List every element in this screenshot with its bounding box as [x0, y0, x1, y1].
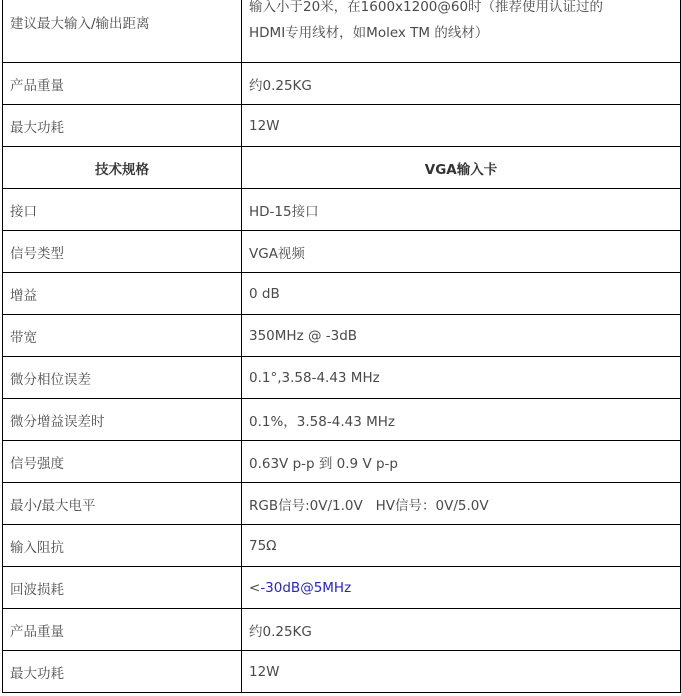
row-label: 最大功耗	[3, 105, 242, 147]
row-value: VGA视频	[242, 231, 681, 273]
row-value: <-30dB@5MHz	[242, 567, 681, 609]
row-value: 75Ω	[242, 525, 681, 567]
table-row: 信号强度 0.63V p-p 到 0.9 V p-p	[3, 441, 681, 483]
table-row: 接口 HD-15接口	[3, 189, 681, 231]
row-label: 产品重量	[3, 63, 242, 105]
table-row: 最大功耗 12W	[3, 105, 681, 147]
row-value: 0.1%，3.58-4.43 MHz	[242, 399, 681, 441]
row-label: 最小/最大电平	[3, 483, 242, 525]
row-label: 增益	[3, 273, 242, 315]
row-label: 信号类型	[3, 231, 242, 273]
header-spec: 技术规格	[3, 147, 242, 189]
table-row: 产品重量 约0.25KG	[3, 609, 681, 651]
table-row: 回波损耗 <-30dB@5MHz	[3, 567, 681, 609]
table-row: 微分增益误差时 0.1%，3.58-4.43 MHz	[3, 399, 681, 441]
row-label: 微分增益误差时	[3, 399, 242, 441]
row-value: 约0.25KG	[242, 63, 681, 105]
row-label: 输入阻抗	[3, 525, 242, 567]
row-value: 12W	[242, 651, 681, 693]
return-loss-value: -30dB@5MHz	[260, 580, 351, 596]
row-value: 350MHz @ -3dB	[242, 315, 681, 357]
row-label: 带宽	[3, 315, 242, 357]
row-value: HD-15接口	[242, 189, 681, 231]
row-label: 信号强度	[3, 441, 242, 483]
spec-table: 建议最大输入/输出距离 输入小于20米，在1600x1200@60时（推荐使用认…	[2, 0, 681, 693]
value-line: 输入小于20米，在1600x1200@60时（推荐使用认证过的	[249, 0, 673, 20]
table-header-row: 技术规格 VGA输入卡	[3, 147, 681, 189]
row-value: 输入小于20米，在1600x1200@60时（推荐使用认证过的 HDMI专用线材…	[242, 0, 681, 63]
value-line: HDMI专用线材，如Molex TM 的线材）	[249, 20, 673, 46]
table-row: 增益 0 dB	[3, 273, 681, 315]
row-label: 回波损耗	[3, 567, 242, 609]
row-label: 建议最大输入/输出距离	[3, 0, 242, 63]
table-row: 带宽 350MHz @ -3dB	[3, 315, 681, 357]
row-value: 12W	[242, 105, 681, 147]
table-row: 输入阻抗 75Ω	[3, 525, 681, 567]
table-row: 最小/最大电平 RGB信号:0V/1.0V HV信号：0V/5.0V	[3, 483, 681, 525]
table-row: 微分相位误差 0.1°,3.58-4.43 MHz	[3, 357, 681, 399]
row-value: 0.63V p-p 到 0.9 V p-p	[242, 441, 681, 483]
value-prefix: <	[249, 580, 260, 596]
table-row: 建议最大输入/输出距离 输入小于20米，在1600x1200@60时（推荐使用认…	[3, 0, 681, 63]
row-label: 接口	[3, 189, 242, 231]
row-value: 约0.25KG	[242, 609, 681, 651]
row-label: 最大功耗	[3, 651, 242, 693]
table-row: 信号类型 VGA视频	[3, 231, 681, 273]
header-vga-card: VGA输入卡	[242, 147, 681, 189]
row-value: 0 dB	[242, 273, 681, 315]
row-label: 产品重量	[3, 609, 242, 651]
table-row: 最大功耗 12W	[3, 651, 681, 693]
row-value: 0.1°,3.58-4.43 MHz	[242, 357, 681, 399]
table-row: 产品重量 约0.25KG	[3, 63, 681, 105]
row-value: RGB信号:0V/1.0V HV信号：0V/5.0V	[242, 483, 681, 525]
row-label: 微分相位误差	[3, 357, 242, 399]
